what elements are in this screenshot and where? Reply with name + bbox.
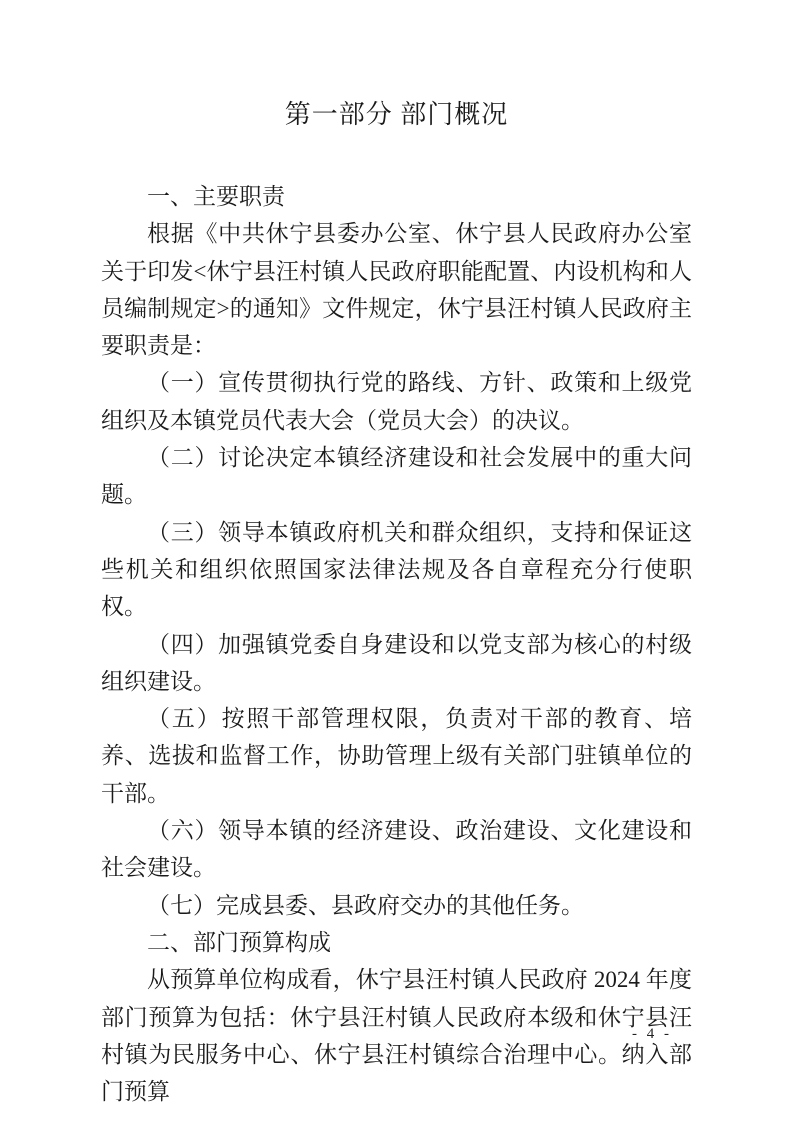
paragraph-budget-composition: 从预算单位构成看，休宁县汪村镇人民政府 2024 年度部门预算为包括：休宁县汪村…	[101, 961, 692, 1110]
section-heading-main-duties: 一、主要职责	[101, 178, 692, 215]
paragraph-duty-7: （七）完成县委、县政府交办的其他任务。	[101, 887, 692, 924]
paragraph-duty-3: （三）领导本镇政府机关和群众组织，支持和保证这些机关和组织依照国家法律法规及各自…	[101, 514, 692, 626]
paragraph-duty-2: （二）讨论决定本镇经济建设和社会发展中的重大问题。	[101, 439, 692, 514]
page-title: 第一部分 部门概况	[0, 97, 793, 133]
page-number: - 4 -	[632, 1026, 672, 1043]
paragraph-duty-6: （六）领导本镇的经济建设、政治建设、文化建设和社会建设。	[101, 812, 692, 887]
paragraph-duty-4: （四）加强镇党委自身建设和以党支部为核心的村级组织建设。	[101, 626, 692, 701]
paragraph-duty-1: （一）宣传贯彻执行党的路线、方针、政策和上级党组织及本镇党员代表大会（党员大会）…	[101, 364, 692, 439]
document-body: 一、主要职责 根据《中共休宁县委办公室、休宁县人民政府办公室关于印发<休宁县汪村…	[101, 178, 692, 1110]
document-page: 第一部分 部门概况 一、主要职责 根据《中共休宁县委办公室、休宁县人民政府办公室…	[0, 0, 793, 1122]
paragraph-duty-5: （五）按照干部管理权限，负责对干部的教育、培养、选拔和监督工作，协助管理上级有关…	[101, 700, 692, 812]
paragraph-intro: 根据《中共休宁县委办公室、休宁县人民政府办公室关于印发<休宁县汪村镇人民政府职能…	[101, 215, 692, 364]
section-heading-budget-composition: 二、部门预算构成	[101, 924, 692, 961]
